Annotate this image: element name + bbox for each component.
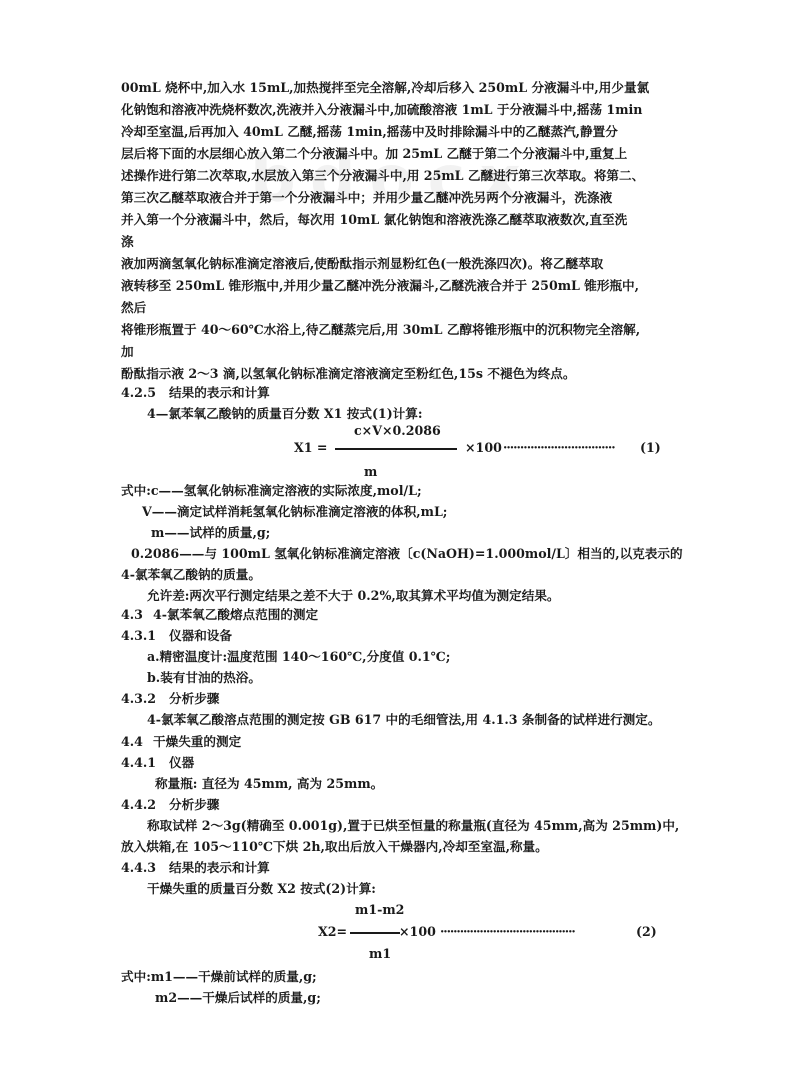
body-line: 涤 [121, 233, 134, 251]
list-item: a.精密温度计:温度范围 140～160℃,分度值 0.1℃; [147, 648, 450, 666]
formula-intro: 4—氯苯氧乙酸钠的质量百分数 X1 按式(1)计算: [147, 405, 423, 423]
where-line: 4-氯苯氧乙酸钠的质量。 [121, 566, 261, 584]
where-line: V——滴定试样消耗氢氧化钠标准滴定溶液的体积,mL; [142, 503, 447, 521]
formula-lhs: X2= [318, 924, 347, 939]
formula-lhs: X1 = [294, 440, 327, 455]
body-line: 将锥形瓶置于 40～60℃水浴上,待乙醚蒸完后,用 30mL 乙醇将锥形瓶中的沉… [121, 321, 640, 339]
formula-multiplier: ×100 [465, 440, 502, 455]
section-title: 结果的表示和计算 [169, 385, 270, 400]
formula-leader-dots: ········································… [440, 924, 575, 939]
list-item: b.装有甘油的热浴。 [147, 669, 261, 687]
section-title: 仪器 [169, 755, 194, 770]
procedure-line: 称取试样 2～3g(精确至 0.001g),置于已烘至恒量的称量瓶(直径为 45… [147, 817, 679, 835]
fraction-bar [335, 448, 457, 450]
where-line: m——试样的质量,g; [151, 524, 270, 542]
section-heading-4-3-1: 4.3.1仪器和设备 [121, 627, 232, 645]
body-line: 然后 [121, 299, 146, 317]
section-heading-4-4-3: 4.4.3结果的表示和计算 [121, 859, 270, 877]
where-line: 式中:c——氢氧化钠标准滴定溶液的实际浓度,mol/L; [121, 482, 422, 500]
apparatus-text: 称量瓶: 直径为 45mm, 高为 25mm。 [155, 775, 383, 793]
where-line: 0.2086——与 100mL 氢氧化钠标准滴定溶液〔c(NaOH)=1.000… [131, 545, 683, 563]
body-line: 述操作进行第二次萃取,水层放入第三个分液漏斗中,用 25mL 乙醚进行第三次萃取… [121, 167, 644, 185]
section-number: 4.4.1 [121, 754, 169, 772]
body-line: 液加两滴氢氧化钠标准滴定溶液后,使酚酞指示剂显粉红色(一般洗涤四次)。将乙醚萃取 [121, 255, 603, 273]
section-number: 4.2.5 [121, 384, 169, 402]
section-title: 分析步骤 [169, 691, 219, 706]
fraction-bar [350, 932, 400, 934]
document-page: bdocx 00mL 烧杯中,加入水 15mL,加热搅拌至完全溶解,冷却后移入 … [0, 0, 800, 1091]
formula-denominator: m [364, 464, 377, 479]
section-heading-4-4-1: 4.4.1仪器 [121, 754, 194, 772]
section-title: 干燥失重的测定 [153, 734, 241, 749]
section-heading-4-4: 4.4干燥失重的测定 [121, 733, 241, 751]
body-line: 酚酞指示液 2～3 滴,以氢氧化钠标准滴定溶液滴定至粉红色,15s 不褪色为终点… [121, 365, 575, 383]
body-line: 00mL 烧杯中,加入水 15mL,加热搅拌至完全溶解,冷却后移入 250mL … [121, 79, 649, 97]
section-title: 结果的表示和计算 [169, 860, 270, 875]
procedure-line: 放入烘箱,在 105～110℃下烘 2h,取出后放入干燥器内,冷却至室温,称量。 [121, 838, 548, 856]
section-number: 4.3.2 [121, 690, 169, 708]
body-line: 液转移至 250mL 锥形瓶中,并用少量乙醚冲洗分液漏斗,乙醚洗液合并于 250… [121, 277, 639, 295]
body-line: 加 [121, 343, 134, 361]
section-title: 4-氯苯氧乙酸熔点范围的测定 [153, 607, 318, 622]
formula-numerator: c×V×0.2086 [354, 423, 441, 438]
body-line: 层后将下面的水层细心放入第二个分液漏斗中。加 25mL 乙醚于第二个分液漏斗中,… [121, 145, 627, 163]
body-line: 并入第一个分液漏斗中，然后，每次用 10mL 氯化钠饱和溶液洗涤乙醚萃取液数次,… [121, 211, 627, 229]
section-number: 4.4.3 [121, 859, 169, 877]
section-title: 分析步骤 [169, 797, 219, 812]
where-line: m2——干燥后试样的质量,g; [155, 989, 321, 1007]
section-heading-4-4-2: 4.4.2分析步骤 [121, 796, 219, 814]
section-title: 仪器和设备 [169, 628, 232, 643]
formula-multiplier: ×100 [399, 924, 436, 939]
formula-denominator: m1 [369, 946, 391, 961]
section-heading-4-3: 4.34-氯苯氧乙酸熔点范围的测定 [121, 606, 318, 624]
equation-number: (2) [636, 924, 657, 939]
section-number: 4.3.1 [121, 627, 169, 645]
body-line: 冷却至室温,后再加入 40mL 乙醚,摇荡 1min,摇荡中及时排除漏斗中的乙醚… [121, 123, 618, 141]
formula-numerator: m1-m2 [355, 902, 404, 917]
procedure-text: 4-氯苯氧乙酸溶点范围的测定按 GB 617 中的毛细管法,用 4.1.3 条制… [147, 711, 660, 729]
body-line: 化钠饱和溶液冲洗烧杯数次,洗液并入分液漏斗中,加硫酸溶液 1mL 于分液漏斗中,… [121, 101, 642, 119]
where-line: 式中:m1——干燥前试样的质量,g; [121, 968, 317, 986]
section-number: 4.3 [121, 606, 153, 624]
section-number: 4.4.2 [121, 796, 169, 814]
body-line: 第三次乙醚萃取液合并于第一个分液漏斗中；并用少量乙醚冲洗另两个分液漏斗，洗涤液 [121, 189, 612, 207]
equation-number: (1) [640, 440, 661, 455]
section-heading-4-3-2: 4.3.2分析步骤 [121, 690, 219, 708]
section-heading-4-2-5: 4.2.5结果的表示和计算 [121, 384, 270, 402]
formula-leader-dots: ································· [503, 440, 615, 455]
section-number: 4.4 [121, 733, 153, 751]
formula-intro: 干燥失重的质量百分数 X2 按式(2)计算: [147, 880, 376, 898]
tolerance-text: 允许差:两次平行测定结果之差不大于 0.2%,取其算术平均值为测定结果。 [147, 587, 560, 605]
